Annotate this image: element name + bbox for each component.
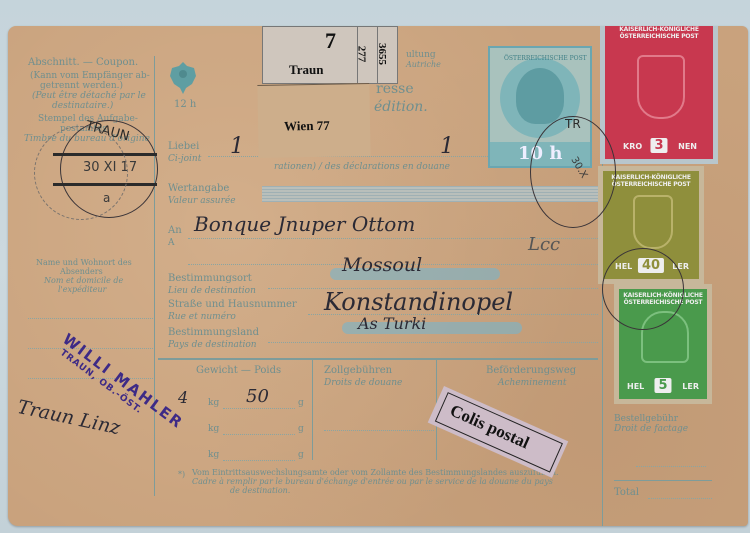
header-text-2: Autriche [406,60,441,70]
stamp-inscription: KAISERLICH-KÖNIGLICHE ÖSTERREICHISCHE PO… [603,174,699,188]
parcel-number-label: 7 Traun 277 3655 [262,26,398,84]
weight-line-3 [223,460,295,461]
label-code-2: 3655 [377,43,387,65]
street-line [308,314,598,315]
addressee-label: An [168,226,182,236]
margin-note: Lcc [528,234,560,255]
total-line [648,498,712,499]
coupon-line-3: (Peut être détaché par le [32,91,146,101]
postmark-ghost-ring [34,126,128,220]
delivery-fee-line [636,466,706,467]
customs-label-fr: Droits de douane [324,378,402,388]
origin-office: Traun [289,63,323,77]
street-label: Straße und Hausnummer [168,300,297,310]
section-divider [158,358,598,360]
label-code-1: 277 [356,46,366,63]
emperor-portrait-icon [516,68,564,124]
weight-line-1 [223,408,295,409]
header-text-1: ultung [406,50,436,60]
weight-label: Gewicht — Poids [196,366,281,376]
header-text-4: édition. [374,102,428,112]
stamp-3-kronen: KAISERLICH-KÖNIGLICHE ÖSTERREICHISCHE PO… [600,26,718,164]
g-label-3: g [298,450,304,460]
postmark-on-stamp [602,248,684,330]
customs-line [324,430,434,431]
stamp-denomination-left: HEL [627,382,644,391]
total-rule [614,480,712,481]
coat-of-arms-icon [637,55,685,119]
customs-label: Zollgebühren [324,366,392,376]
sender-handwriting: Traun Linz [15,396,122,439]
stamp-value: 3 [650,138,667,153]
stamp-denomination-right: LER [682,382,699,391]
kg-label-2: kg [208,424,219,434]
weight-line-2 [223,434,295,435]
delivery-fee-label: Bestellgebühr [614,414,678,424]
destination-label-fr: Lieu de destination [168,286,256,296]
g-label-1: g [298,398,304,408]
weight-kg-value: 4 [178,388,188,407]
footnote-line-3: de destination. [230,486,290,496]
enclosures-label: Liebei [168,142,199,152]
postmark-right-town: TR [565,119,581,129]
stamp-inscription: KAISERLICH-KÖNIGLICHE ÖSTERREICHISCHE PO… [605,26,713,40]
country-label-fr: Pays de destination [168,340,257,350]
kg-label-1: kg [208,398,219,408]
transit-office-label: Wien 77 [257,83,370,158]
kg-label-3: kg [208,450,219,460]
declared-value-label: Wertangabe [168,184,229,194]
addressee-value: Bonque Jnuper Ottom [194,212,415,236]
country-value: As Turki [358,314,426,333]
country-label: Bestimmungsland [168,328,259,338]
stamp-value: 5 [654,378,671,393]
emblem-value: 12 h [174,100,196,110]
coupon-heading: Abschnitt. — Coupon. [28,58,138,68]
colis-postal-label: Colis postal [428,386,569,478]
g-label-2: g [298,424,304,434]
addressee-label-fr: A [168,238,175,248]
sender-label-4: l'expéditeur [58,285,106,295]
country-line [268,342,598,343]
imprinted-stamp-text: ÖSTERREICHISCHE POST [504,54,587,64]
header-text-3: resse [376,84,414,94]
route-label: Beförderungsweg [486,366,576,376]
weight-g-value: 50 [246,386,269,407]
stamp-denomination-right: NEN [678,142,697,151]
declarations-label: rationen) / des déclarations en douane [274,162,450,172]
stamp-denomination-left: KRO [623,142,642,151]
street-value: Konstandinopel [324,288,513,316]
street-label-fr: Rue et numéro [168,312,236,322]
route-label-fr: Acheminement [498,378,566,388]
coupon-line-2: getrennt werden.) [40,81,123,91]
postmark-right-date: 30.X [568,156,588,181]
declared-value-label-fr: Valeur assurée [168,196,236,206]
column-divider-1 [312,360,313,460]
parcel-number: 7 [325,29,336,53]
sender-line-1 [28,318,153,319]
total-label: Total [614,488,639,498]
coupon-line-1: (Kann vom Empfänger ab- [30,71,150,81]
coat-of-arms-icon [633,195,673,249]
postmark-right: TR 30.X [530,116,616,228]
coupon-line-4: destinataire.) [52,101,113,111]
enclosures-label-fr: Ci-joint [168,154,201,164]
double-eagle-emblem-icon [168,60,198,96]
destination-value: Mossoul [342,254,422,276]
destination-label: Bestimmungsort [168,274,252,284]
transit-office: Wien 77 [284,119,330,134]
coupon-divider [154,56,155,496]
delivery-fee-label-fr: Droit de factage [614,424,688,434]
footnote-mark: *) [178,470,185,480]
parcel-card: Abschnitt. — Coupon. (Kann vom Empfänger… [8,26,748,526]
declarations-value: 1 [440,134,454,159]
